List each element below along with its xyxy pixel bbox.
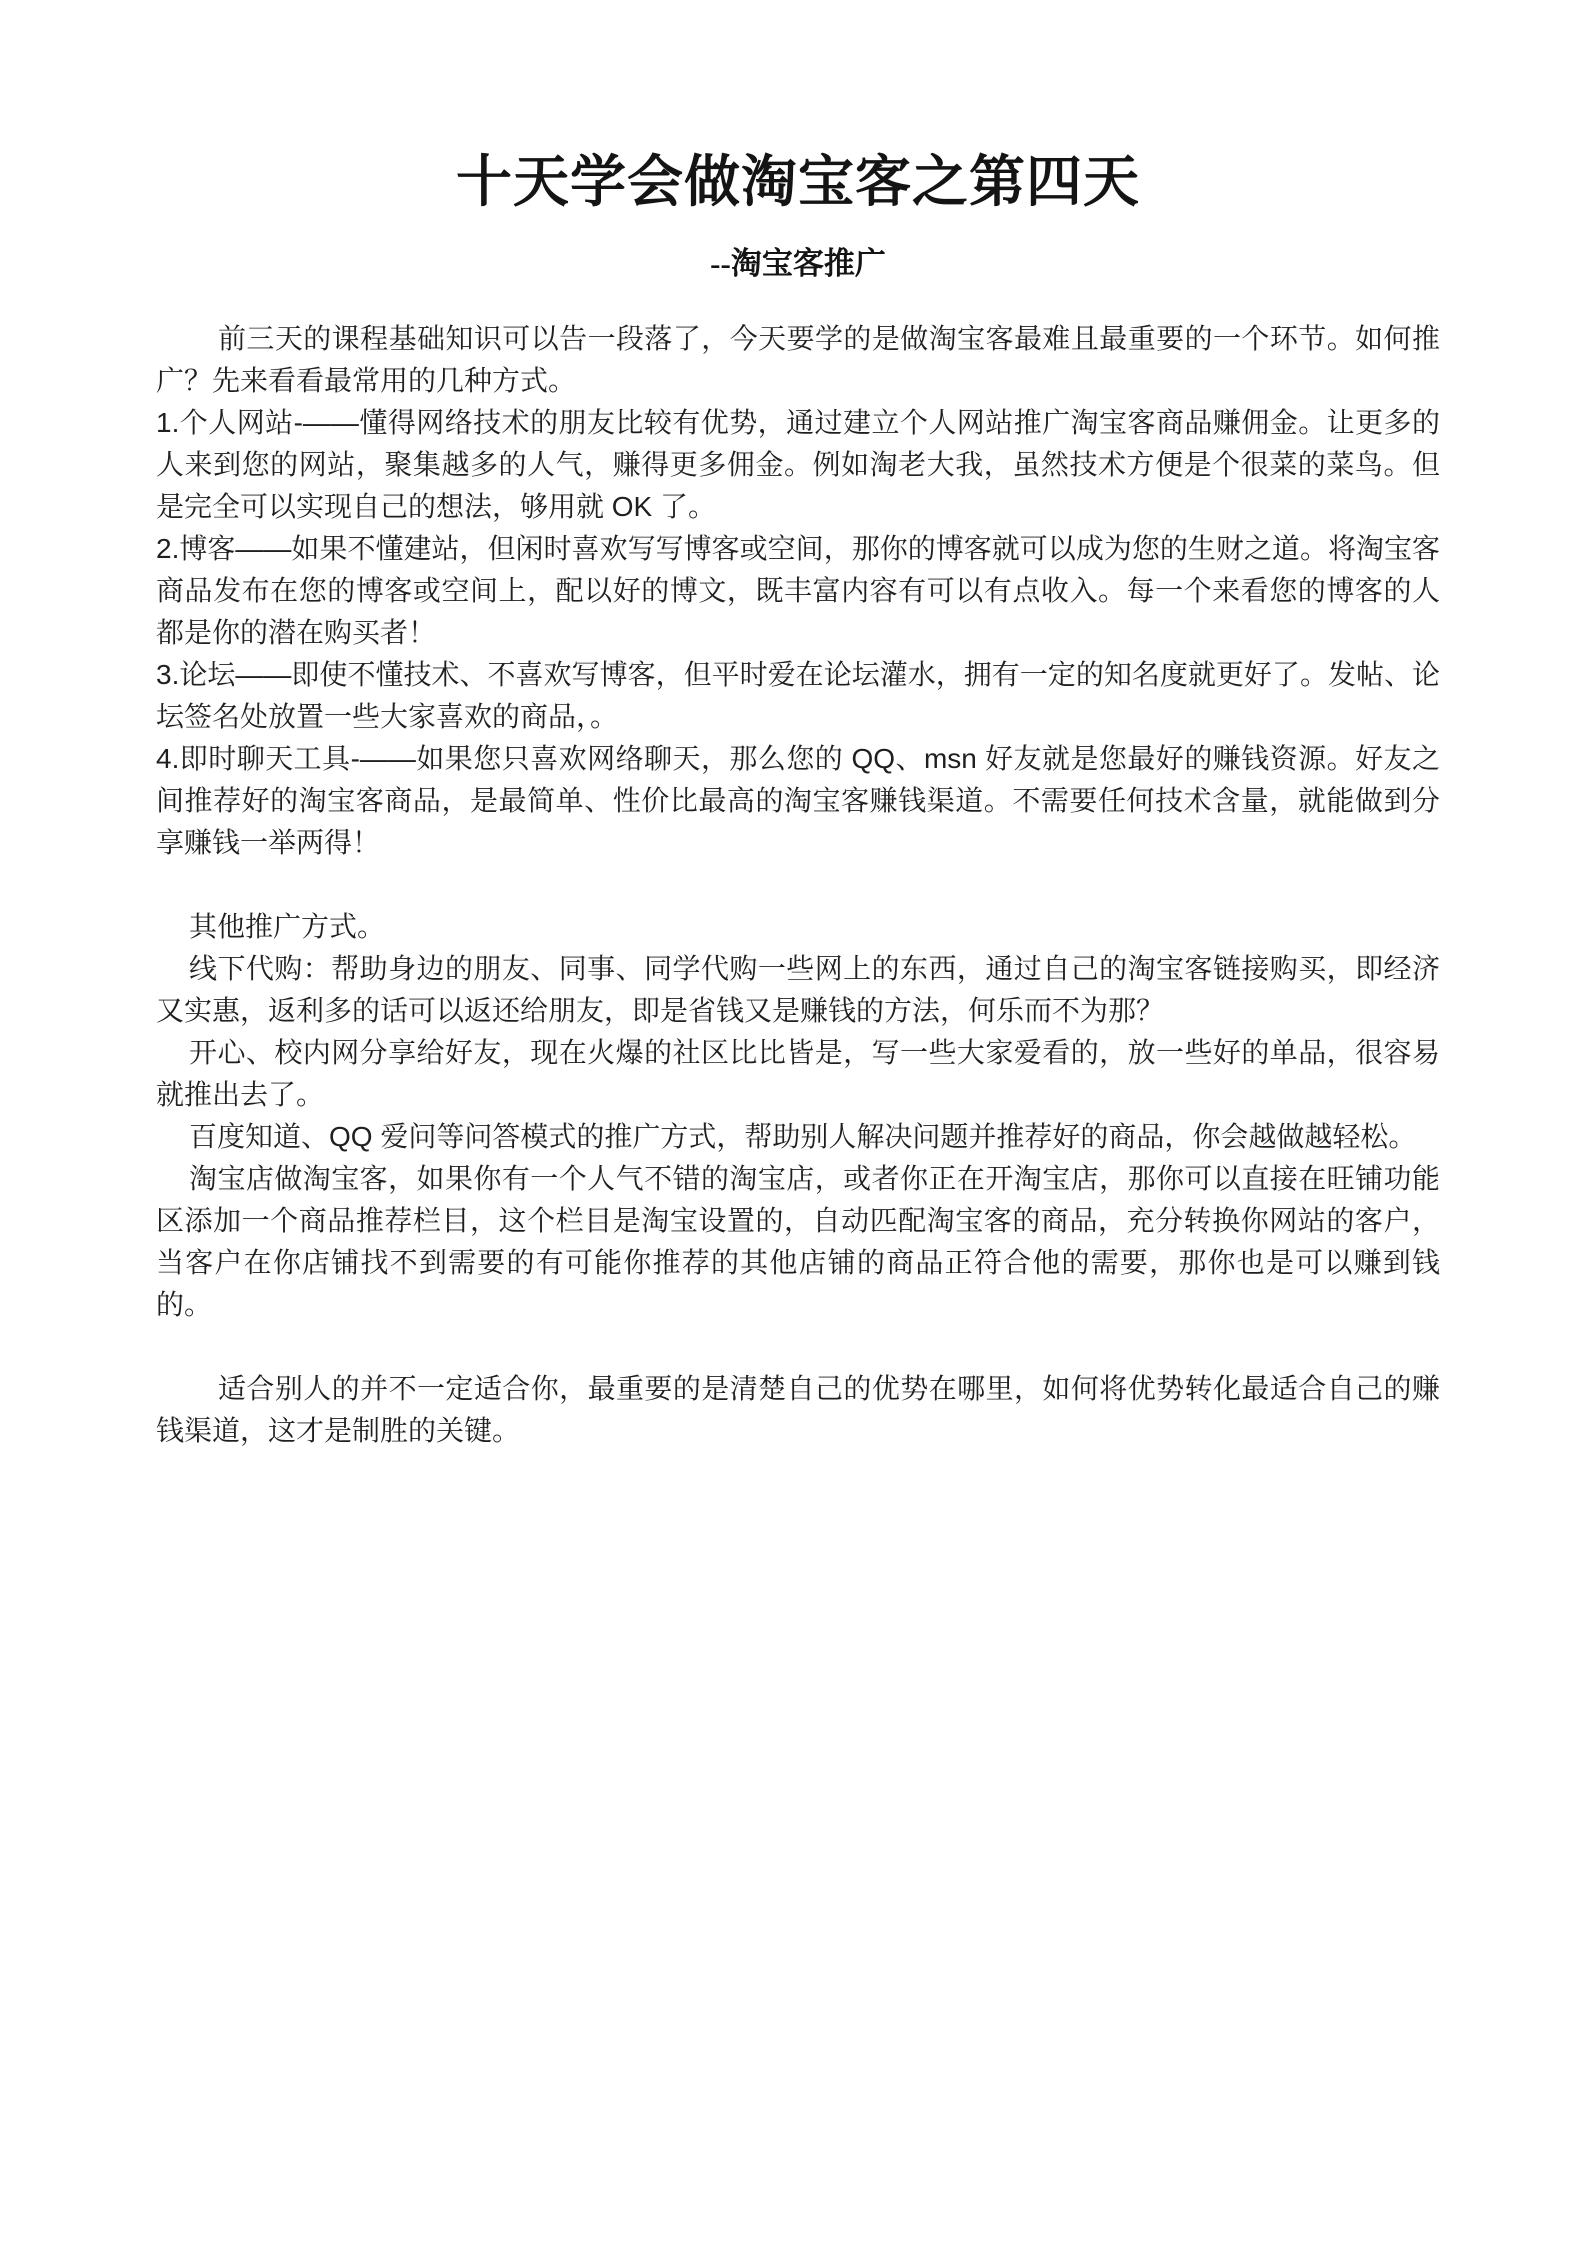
- paragraph-item-2-blog: 2.博客——如果不懂建站，但闲时喜欢写写博客或空间，那你的博客就可以成为您的生财…: [156, 528, 1440, 654]
- document-body: 前三天的课程基础知识可以告一段落了，今天要学的是做淘宝客最难且最重要的一个环节。…: [156, 318, 1440, 1452]
- paragraph-intro: 前三天的课程基础知识可以告一段落了，今天要学的是做淘宝客最难且最重要的一个环节。…: [156, 318, 1440, 402]
- document-title: 十天学会做淘宝客之第四天: [156, 148, 1440, 218]
- document-page: 十天学会做淘宝客之第四天 --淘宝客推广 前三天的课程基础知识可以告一段落了，今…: [0, 0, 1594, 2252]
- blank-line: [156, 864, 1440, 906]
- blank-line: [156, 1326, 1440, 1368]
- paragraph-qa-platforms: 百度知道、QQ 爱问等问答模式的推广方式，帮助别人解决问题并推荐好的商品，你会越…: [156, 1116, 1440, 1158]
- document-subtitle: --淘宝客推广: [156, 244, 1440, 284]
- paragraph-social-network-sharing: 开心、校内网分享给好友，现在火爆的社区比比皆是，写一些大家爱看的，放一些好的单品…: [156, 1032, 1440, 1116]
- paragraph-other-methods-heading: 其他推广方式。: [156, 906, 1440, 948]
- paragraph-conclusion: 适合别人的并不一定适合你，最重要的是清楚自己的优势在哪里，如何将优势转化最适合自…: [156, 1368, 1440, 1452]
- paragraph-offline-purchasing: 线下代购：帮助身边的朋友、同事、同学代购一些网上的东西，通过自己的淘宝客链接购买…: [156, 948, 1440, 1032]
- paragraph-item-3-forum: 3.论坛——即使不懂技术、不喜欢写博客，但平时爱在论坛灌水，拥有一定的知名度就更…: [156, 654, 1440, 738]
- paragraph-taobao-shop: 淘宝店做淘宝客，如果你有一个人气不错的淘宝店，或者你正在开淘宝店，那你可以直接在…: [156, 1158, 1440, 1326]
- paragraph-item-4-instant-messaging: 4.即时聊天工具-——如果您只喜欢网络聊天，那么您的 QQ、msn 好友就是您最…: [156, 738, 1440, 864]
- paragraph-item-1-personal-website: 1.个人网站-——懂得网络技术的朋友比较有优势，通过建立个人网站推广淘宝客商品赚…: [156, 402, 1440, 528]
